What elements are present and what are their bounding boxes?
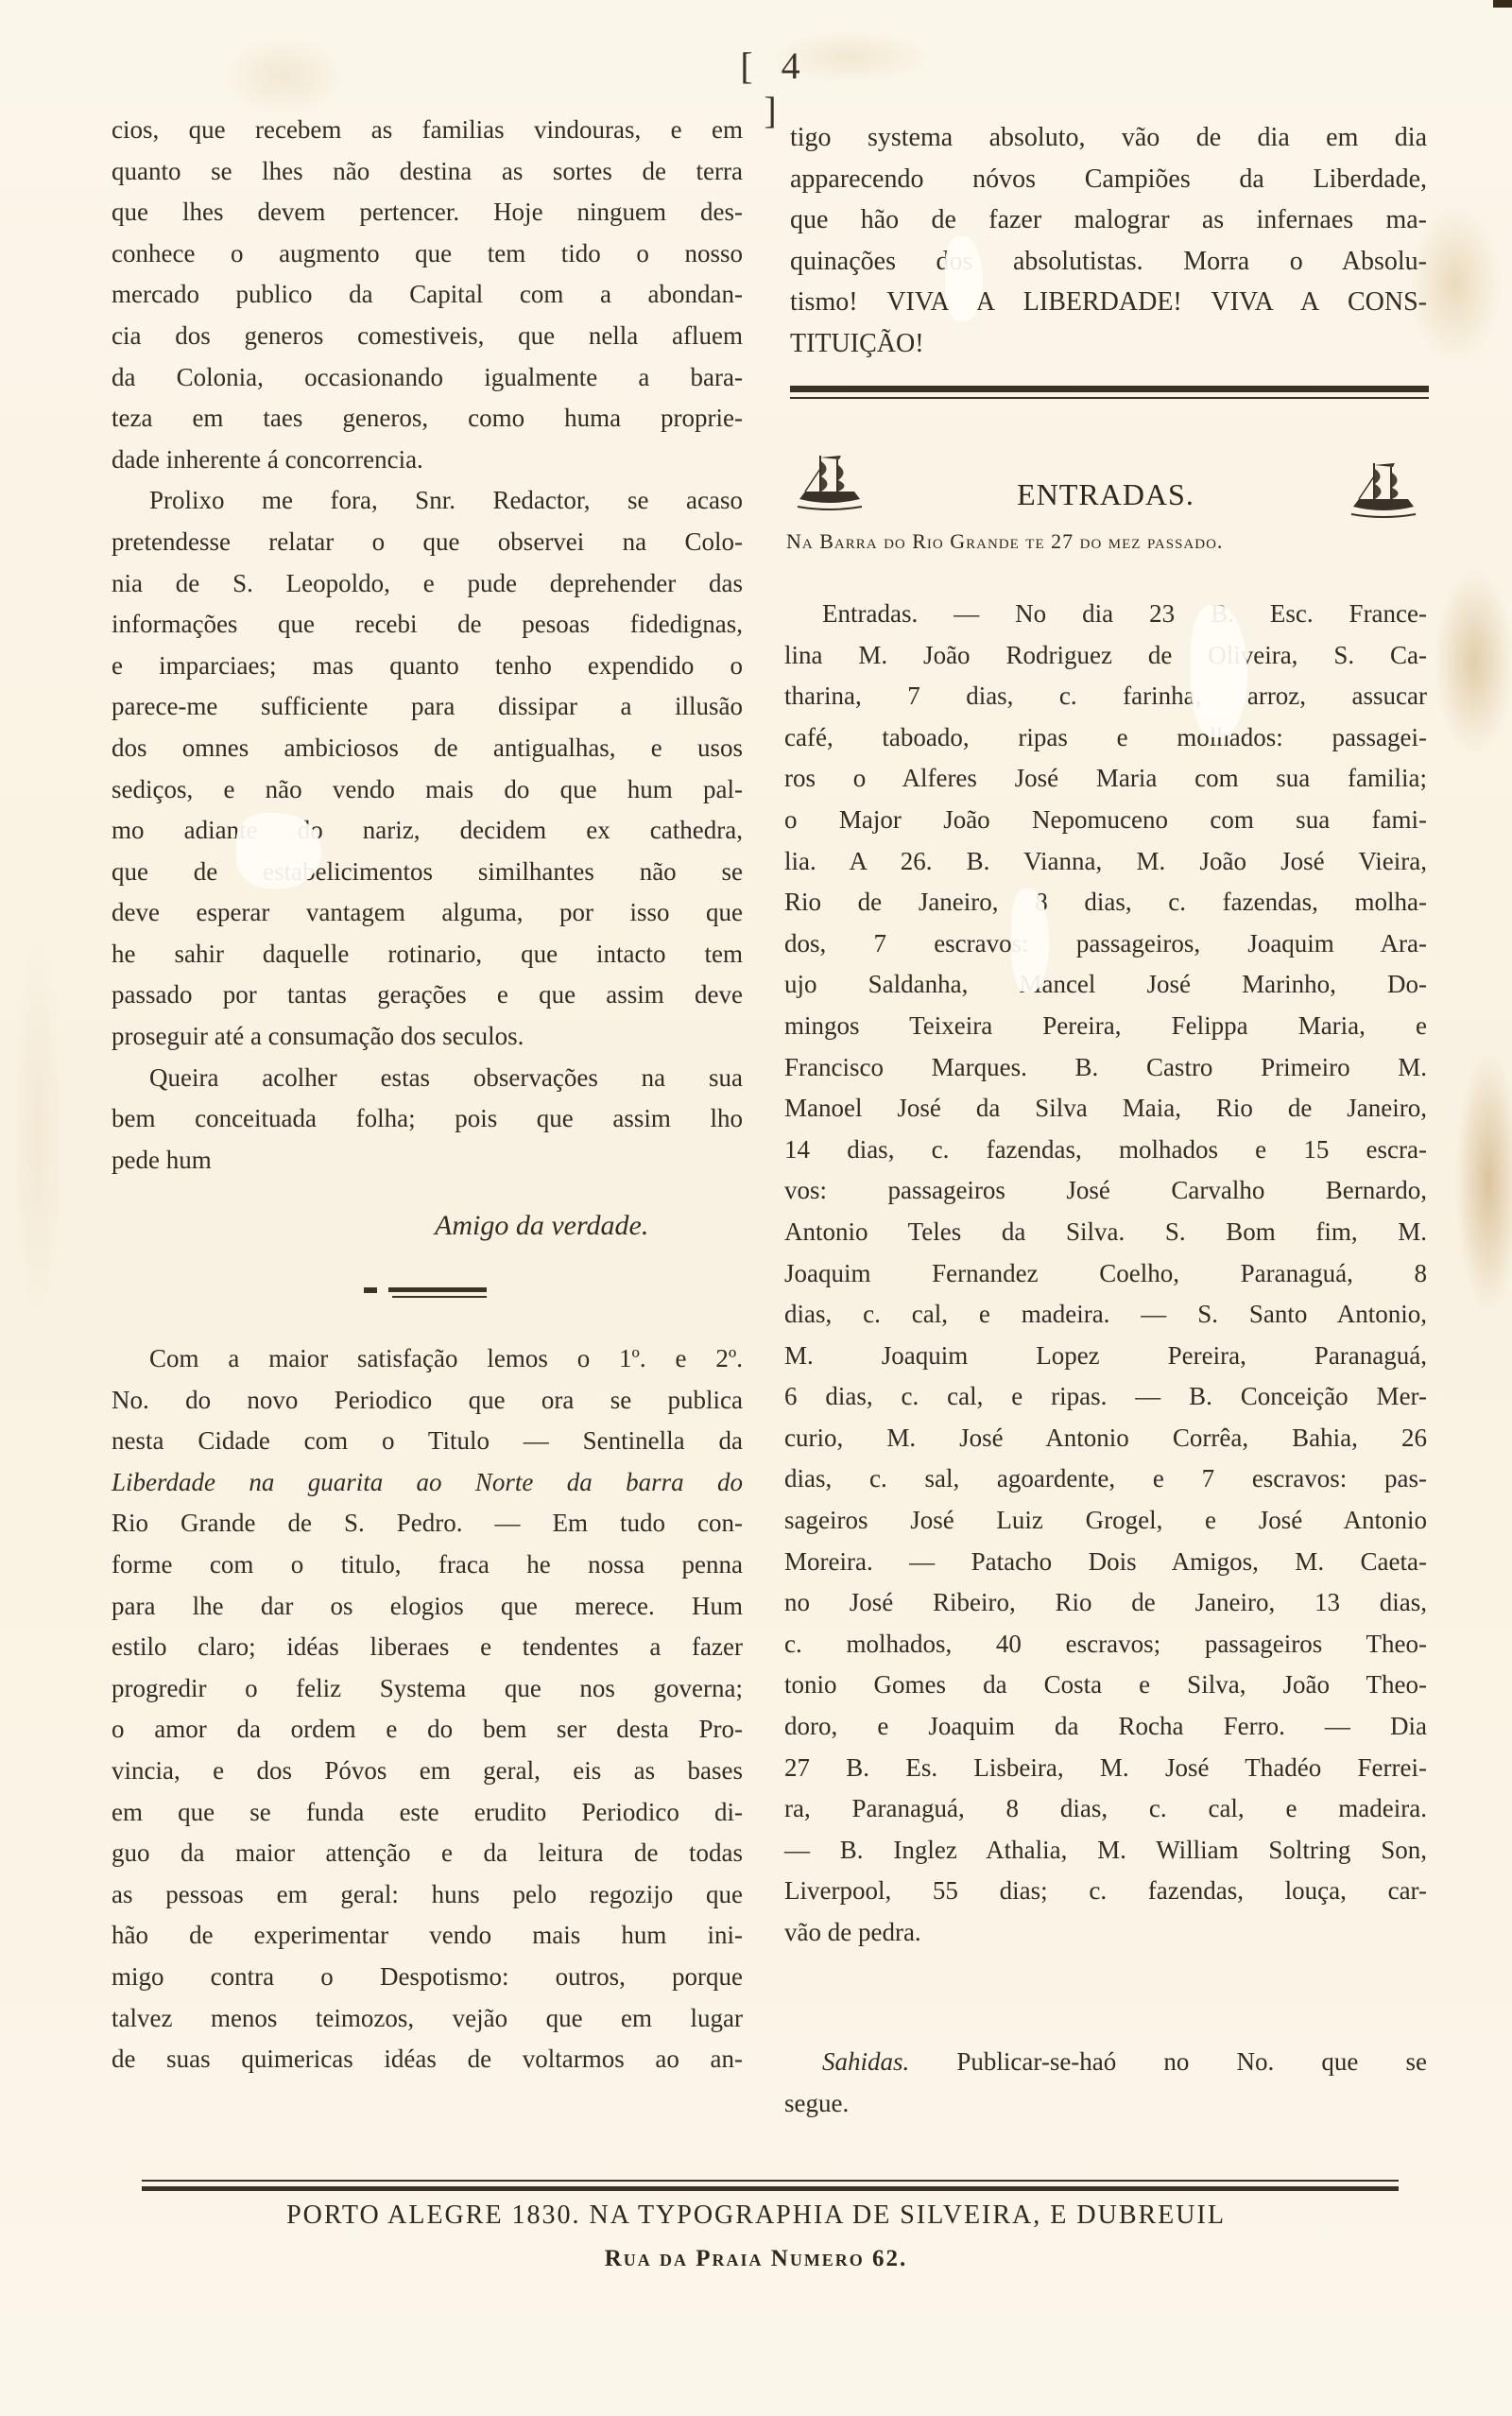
text-line: tonio Gomes da Costa e Silva, João Theo-: [784, 1665, 1427, 1706]
text-line: que lhes devem pertencer. Hoje ninguem d…: [112, 192, 743, 233]
text-line: — B. Inglez Athalia, M. William Soltring…: [784, 1830, 1427, 1872]
text-line: quinações dos absolutistas. Morra o Abso…: [790, 241, 1427, 283]
text-line: sediços, e não vendo mais do que hum pal…: [112, 769, 743, 811]
text-line: quanto se lhes não destina as sortes de …: [112, 151, 743, 193]
text-line: bem conceituada folha; pois que assim lh…: [112, 1098, 743, 1140]
text-line: cios, que recebem as familias vindouras,…: [112, 110, 743, 151]
text-line: nia de S. Leopoldo, e pude deprehender d…: [112, 563, 743, 605]
text-line: ros o Alferes José Maria com sua familia…: [784, 758, 1427, 800]
printer-address: Rua da Praia Numero 62.: [142, 2246, 1370, 2272]
paper-damage: [1191, 605, 1247, 737]
text-line: o amor da ordem e do bem ser desta Pro-: [112, 1709, 743, 1751]
ship-icon: [1346, 457, 1421, 524]
text-line: as pessoas em geral: huns pelo regozijo …: [112, 1874, 743, 1916]
text-line: mingos Teixeira Pereira, Felippa Maria, …: [784, 1006, 1427, 1047]
text-line: ra, Paranaguá, 8 dias, c. cal, e madeira…: [784, 1788, 1427, 1830]
text-line: 14 dias, c. fazendas, molhados e 15 escr…: [784, 1130, 1427, 1171]
text-line: pede hum: [112, 1140, 743, 1182]
text-line: lia. A 26. B. Vianna, M. João José Vieir…: [784, 841, 1427, 883]
text-line: segue.: [784, 2083, 1427, 2125]
text-line: de suas quimericas idéas de voltarmos ao…: [112, 2039, 743, 2080]
text-line: 27 B. Es. Lisbeira, M. José Thadéo Ferre…: [784, 1748, 1427, 1789]
text-line: teza em taes generos, como huma proprie-: [112, 398, 743, 440]
text-line: lina M. João Rodriguez de Oliveira, S. C…: [784, 635, 1427, 677]
text-line: talvez menos teimozos, vejão que em luga…: [112, 1998, 743, 2040]
text-line: e imparciaes; mas quanto tenho expendido…: [112, 646, 743, 687]
text-line: dos, 7 escravos: passageiros, Joaquim Ar…: [784, 923, 1427, 965]
section-title: ENTRADAS.: [945, 477, 1266, 512]
text-line: estilo claro; idéas liberaes e tendentes…: [112, 1627, 743, 1668]
left-column-article: cios, que recebem as familias vindouras,…: [112, 110, 743, 1181]
text-line: ujo Saldanha, Mancel José Marinho, Do-: [784, 964, 1427, 1006]
text-line: Rio Grande de S. Pedro. — Em tudo con-: [112, 1503, 743, 1545]
text-line: No. do novo Periodico que ora se publica: [112, 1380, 743, 1422]
text-line: Joaquim Fernandez Coelho, Paranaguá, 8: [784, 1253, 1427, 1295]
text-line: deve esperar vantagem alguma, por isso q…: [112, 892, 743, 934]
paper-damage: [945, 236, 983, 321]
text-line: da Colonia, occasionando igualmente a ba…: [112, 357, 743, 399]
paragraph-start: Entradas. — No dia 23 B. Esc. France-: [784, 594, 1427, 635]
text-line: no José Ribeiro, Rio de Janeiro, 13 dias…: [784, 1582, 1427, 1624]
text-line: vincia, e dos Póvos em geral, eis as bas…: [112, 1751, 743, 1792]
scan-edge: [1493, 0, 1512, 8]
text-line-italic: Liberdade na guarita ao Norte da barra d…: [112, 1462, 743, 1504]
text-line: vos: passageiros José Carvalho Bernardo,: [784, 1170, 1427, 1212]
text-line: nesta Cidade com o Titulo — Sentinella d…: [112, 1421, 743, 1462]
text-line: Rio de Janeiro, 8 dias, c. fazendas, mol…: [784, 882, 1427, 923]
text-line: em que se funda este erudito Periodico d…: [112, 1792, 743, 1834]
paragraph-start: Prolixo me fora, Snr. Redactor, se acaso: [112, 480, 743, 522]
section-subheading: Na Barra do Rio Grande te 27 do mez pass…: [786, 529, 1429, 554]
section-divider: [364, 1287, 487, 1298]
text-line: cia dos generos comestiveis, que nella a…: [112, 316, 743, 357]
text-line: parece-me sufficiente para dissipar a il…: [112, 686, 743, 728]
sahidas-note: Sahidas. Publicar-se-haó no No. que se s…: [784, 2042, 1427, 2124]
text-line: TITUIÇÃO!: [790, 323, 1427, 365]
text-line: hão de experimentar vendo mais hum ini-: [112, 1915, 743, 1957]
sahidas-label: Sahidas.: [822, 2047, 909, 2076]
text-line: o Major João Nepomuceno com sua fami-: [784, 800, 1427, 841]
text-line: dias, c. sal, agoardente, e 7 escravos: …: [784, 1458, 1427, 1500]
text-line: Francisco Marques. B. Castro Primeiro M.: [784, 1047, 1427, 1089]
text-line: tharina, 7 dias, c. farinha, arroz, assu…: [784, 676, 1427, 717]
text-line: dias, c. cal, e madeira. — S. Santo Anto…: [784, 1294, 1427, 1336]
section-divider-double: [790, 386, 1429, 399]
text-line: migo contra o Despotismo: outros, porque: [112, 1957, 743, 1998]
text-line: pretendesse relatar o que observei na Co…: [112, 522, 743, 563]
text-line: guo da maior attenção e da leitura de to…: [112, 1833, 743, 1874]
paragraph-start: Com a maior satisfação lemos o 1º. e 2º.: [112, 1338, 743, 1380]
text-line: Sahidas. Publicar-se-haó no No. que se: [784, 2042, 1427, 2083]
text-line: 6 dias, c. cal, e ripas. — B. Conceição …: [784, 1376, 1427, 1418]
text-line: vão de pedra.: [784, 1912, 1427, 1954]
text-line: curio, M. José Antonio Corrêa, Bahia, 26: [784, 1418, 1427, 1459]
text-line: sageiros José Luiz Grogel, e José Antoni…: [784, 1500, 1427, 1542]
text-line: doro, e Joaquim da Rocha Ferro. — Dia: [784, 1706, 1427, 1748]
left-column-article-2: Com a maior satisfação lemos o 1º. e 2º.…: [112, 1338, 743, 2080]
text-line: que hão de fazer malograr as infernaes m…: [790, 199, 1427, 241]
text-line: mo adiante do nariz, decidem ex cathedra…: [112, 810, 743, 852]
text-line: mercado publico da Capital com a abondan…: [112, 274, 743, 316]
footer-divider: [142, 2180, 1399, 2191]
text-line: para lhe dar os elogios que merece. Hum: [112, 1586, 743, 1628]
text-line: café, taboado, ripas e molhados: passage…: [784, 717, 1427, 759]
text-line: tigo systema absoluto, vão de dia em dia: [790, 117, 1427, 159]
text-line: apparecendo nóvos Campiões da Liberdade,: [790, 159, 1427, 200]
text-line: Liverpool, 55 dias; c. fazendas, louça, …: [784, 1871, 1427, 1912]
paper-damage: [236, 813, 321, 889]
text-line: forme com o titulo, fraca he nossa penna: [112, 1545, 743, 1586]
right-column-continuation: tigo systema absoluto, vão de dia em dia…: [790, 117, 1427, 365]
text-line: conhece o augmento que tem tido o nosso: [112, 233, 743, 275]
text-line: tismo! VIVA A LIBERDADE! VIVA A CONS-: [790, 282, 1427, 323]
text-line: passado por tantas gerações e que assim …: [112, 975, 743, 1016]
imprint: PORTO ALEGRE 1830. NA TYPOGRAPHIA DE SIL…: [142, 2200, 1370, 2231]
text-line: he sahir daquelle rotinario, que intacto…: [112, 934, 743, 975]
text-line: Antonio Teles da Silva. S. Bom fim, M.: [784, 1212, 1427, 1253]
entradas-list: Entradas. — No dia 23 B. Esc. France- li…: [784, 594, 1427, 1954]
text-line: informações que recebi de pesoas fidedig…: [112, 604, 743, 646]
text-line: Manoel José da Silva Maia, Rio de Janeir…: [784, 1088, 1427, 1130]
paper-damage: [1011, 889, 1049, 992]
text-line: Moreira. — Patacho Dois Amigos, M. Caeta…: [784, 1542, 1427, 1583]
text-line: c. molhados, 40 escravos; passageiros Th…: [784, 1624, 1427, 1665]
text-line: proseguir até a consumação dos seculos.: [112, 1016, 743, 1058]
ship-icon: [792, 450, 868, 516]
text-line: progredir o feliz Systema que nos govern…: [112, 1668, 743, 1710]
text-line: dade inherente á concorrencia.: [112, 440, 743, 481]
text-line: dos omnes ambiciosos de antigualhas, e u…: [112, 728, 743, 769]
sahidas-text: Publicar-se-haó no No. que se: [956, 2047, 1427, 2076]
text-line: M. Joaquim Lopez Pereira, Paranaguá,: [784, 1336, 1427, 1377]
paragraph-start: Queira acolher estas observações na sua: [112, 1058, 743, 1099]
signature: Amigo da verdade.: [435, 1210, 648, 1242]
text-line: que de estabelicimentos similhantes não …: [112, 852, 743, 893]
